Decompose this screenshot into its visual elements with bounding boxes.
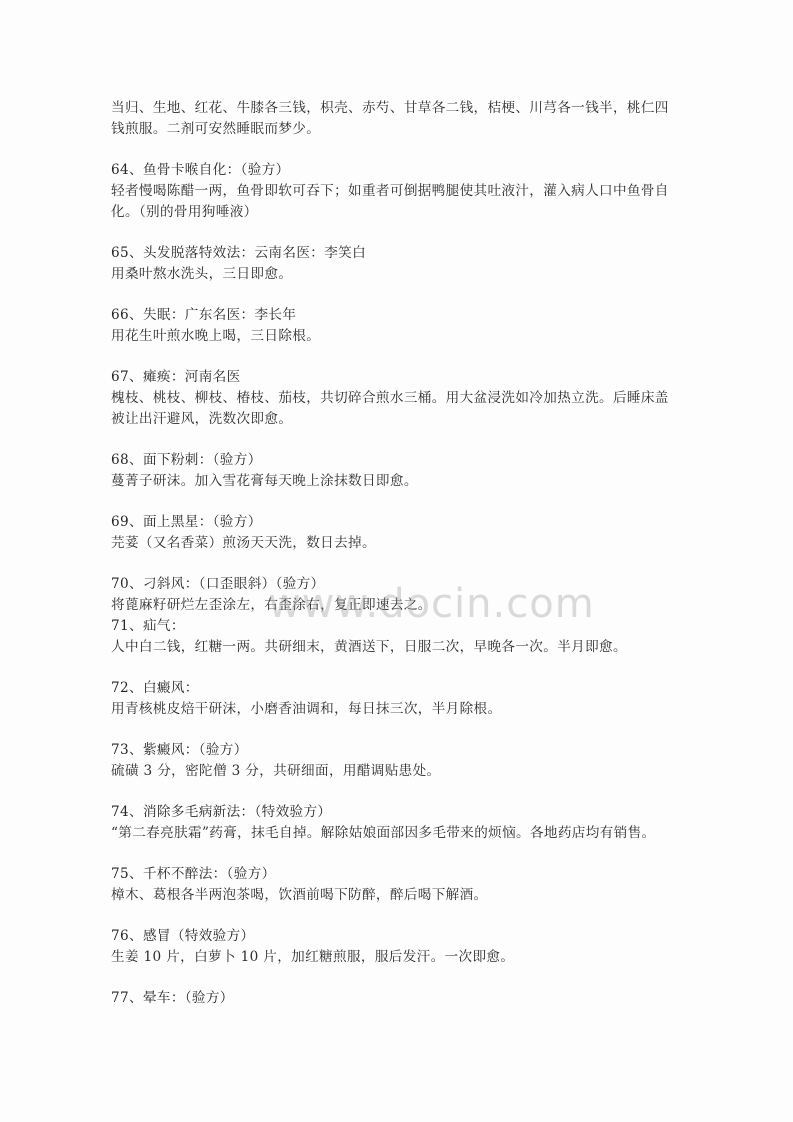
entry-body-line: 被让出汗避风，洗数次即愈。 (111, 409, 686, 430)
entry-heading: 75、千杯不醉法：（验方） (111, 864, 686, 885)
entry-heading: 73、紫癜风：（验方） (111, 740, 686, 761)
entry-heading: 71、疝气： (111, 616, 686, 637)
continuation-paragraph: 当归、生地、红花、牛膝各三钱，枳壳、赤芍、甘草各二钱，桔梗、川芎各一钱半，桃仁四… (111, 98, 686, 140)
entry-70: 70、刁斜风：（口歪眼斜）（验方） 将蓖麻籽研烂左歪涂左，右歪涂右，复正即速去之… (111, 574, 686, 616)
entry-74: 74、消除多毛病新法：（特效验方） “第二春亮肤霜”药膏，抹毛自掉。解除姑娘面部… (111, 802, 686, 844)
entry-heading: 68、面下粉刺：（验方） (111, 450, 686, 471)
entry-heading: 67、瘫痪：河南名医 (111, 367, 686, 388)
entry-75: 75、千杯不醉法：（验方） 樟木、葛根各半两泡茶喝，饮酒前喝下防醉，醉后喝下解酒… (111, 864, 686, 906)
entry-body-line: 槐枝、桃枝、柳枝、椿枝、茄枝，共切碎合煎水三桶。用大盆浸洗如冷加热立洗。后睡床盖 (111, 388, 686, 409)
document-page: 当归、生地、红花、牛膝各三钱，枳壳、赤芍、甘草各二钱，桔梗、川芎各一钱半，桃仁四… (0, 0, 793, 1122)
entry-67: 67、瘫痪：河南名医 槐枝、桃枝、柳枝、椿枝、茄枝，共切碎合煎水三桶。用大盆浸洗… (111, 367, 686, 430)
entry-73: 73、紫癜风：（验方） 硫磺 3 分，密陀僧 3 分，共研细面，用醋调贴患处。 (111, 740, 686, 782)
entry-heading: 66、失眠：广东名医：李长年 (111, 305, 686, 326)
entry-body-line: 硫磺 3 分，密陀僧 3 分，共研细面，用醋调贴患处。 (111, 761, 686, 782)
entry-body-line: 生姜 10 片，白萝卜 10 片，加红糖煎服，服后发汗。一次即愈。 (111, 947, 686, 968)
entry-64: 64、鱼骨卡喉自化：（验方） 轻者慢喝陈醋一两，鱼骨即软可吞下；如重者可倒据鸭腿… (111, 160, 686, 223)
entry-body-line: 将蓖麻籽研烂左歪涂左，右歪涂右，复正即速去之。 (111, 595, 686, 616)
entry-heading: 64、鱼骨卡喉自化：（验方） (111, 160, 686, 181)
entry-heading: 70、刁斜风：（口歪眼斜）（验方） (111, 574, 686, 595)
entry-heading: 74、消除多毛病新法：（特效验方） (111, 802, 686, 823)
entry-heading: 69、面上黑星：（验方） (111, 512, 686, 533)
entry-65: 65、头发脱落特效法：云南名医：李笑白 用桑叶熬水洗头，三日即愈。 (111, 243, 686, 285)
entry-body-line: 芫荽（又名香菜）煎汤天天洗，数日去掉。 (111, 533, 686, 554)
entry-body-line: “第二春亮肤霜”药膏，抹毛自掉。解除姑娘面部因多毛带来的烦恼。各地药店均有销售。 (111, 823, 686, 844)
entry-66: 66、失眠：广东名医：李长年 用花生叶煎水晚上喝，三日除根。 (111, 305, 686, 347)
entry-body-line: 用桑叶熬水洗头，三日即愈。 (111, 264, 686, 285)
entry-76: 76、感冒（特效验方） 生姜 10 片，白萝卜 10 片，加红糖煎服，服后发汗。… (111, 926, 686, 968)
entry-body-line: 用花生叶煎水晚上喝，三日除根。 (111, 326, 686, 347)
entry-heading: 72、白癜风： (111, 678, 686, 699)
entry-68: 68、面下粉刺：（验方） 蔓菁子研沫。加入雪花膏每天晚上涂抹数日即愈。 (111, 450, 686, 492)
entry-72: 72、白癜风： 用青核桃皮焙干研沫，小磨香油调和，每日抹三次，半月除根。 (111, 678, 686, 720)
entry-69: 69、面上黑星：（验方） 芫荽（又名香菜）煎汤天天洗，数日去掉。 (111, 512, 686, 554)
entry-heading: 76、感冒（特效验方） (111, 926, 686, 947)
entry-77: 77、晕车：（验方） (111, 988, 686, 1009)
entry-body-line: 化。（别的骨用狗唾液） (111, 202, 686, 223)
entry-body-line: 樟木、葛根各半两泡茶喝，饮酒前喝下防醉，醉后喝下解酒。 (111, 885, 686, 906)
entry-heading: 77、晕车：（验方） (111, 988, 686, 1009)
entry-body-line: 用青核桃皮焙干研沫，小磨香油调和，每日抹三次，半月除根。 (111, 699, 686, 720)
entry-body-line: 轻者慢喝陈醋一两，鱼骨即软可吞下；如重者可倒据鸭腿使其吐液汁，灌入病人口中鱼骨自 (111, 181, 686, 202)
entry-body-line: 人中白二钱，红糖一两。共研细末，黄酒送下，日服二次，早晚各一次。半月即愈。 (111, 637, 686, 658)
document-content: 当归、生地、红花、牛膝各三钱，枳壳、赤芍、甘草各二钱，桔梗、川芎各一钱半，桃仁四… (111, 98, 686, 1029)
entry-71: 71、疝气： 人中白二钱，红糖一两。共研细末，黄酒送下，日服二次，早晚各一次。半… (111, 616, 686, 658)
entry-heading: 65、头发脱落特效法：云南名医：李笑白 (111, 243, 686, 264)
entry-body-line: 蔓菁子研沫。加入雪花膏每天晚上涂抹数日即愈。 (111, 471, 686, 492)
text-line: 钱煎服。二剂可安然睡眠而梦少。 (111, 119, 686, 140)
text-line: 当归、生地、红花、牛膝各三钱，枳壳、赤芍、甘草各二钱，桔梗、川芎各一钱半，桃仁四 (111, 98, 686, 119)
